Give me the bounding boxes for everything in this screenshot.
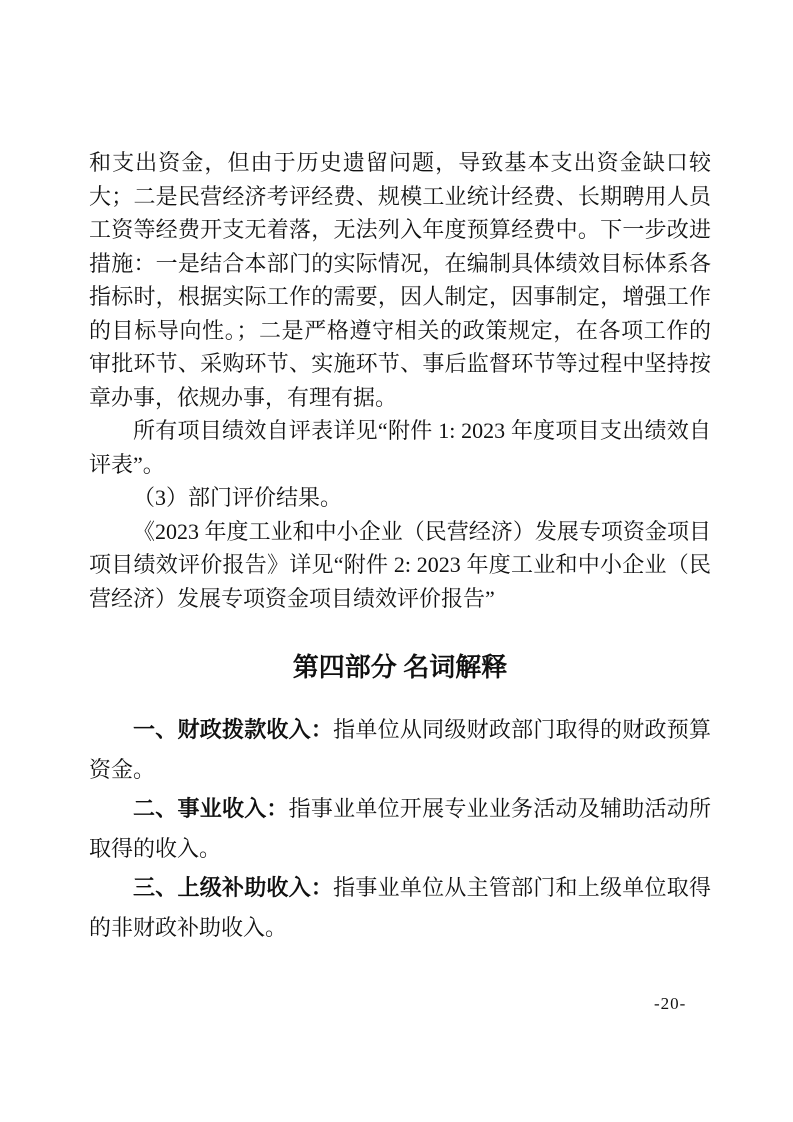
- document-page: 和支出资金，但由于历史遗留问题，导致基本支出资金缺口较大；二是民营经济考评经费、…: [0, 0, 793, 1122]
- definitions-list: 一、财政拨款收入：指单位从同级财政部门取得的财政预算资金。 二、事业收入：指事业…: [89, 710, 711, 947]
- page-content: 和支出资金，但由于历史遗留问题，导致基本支出资金缺口较大；二是民营经济考评经费、…: [89, 146, 711, 947]
- paragraph-self-eval-note: 所有项目绩效自评表详见“附件 1: 2023 年度项目支出绩效自评表”。: [89, 414, 711, 481]
- section-heading: 第四部分 名词解释: [89, 650, 711, 686]
- definition-term: 三、上级补助收入：: [133, 875, 333, 900]
- definition-term: 二、事业收入：: [133, 796, 289, 821]
- definition-item: 一、财政拨款收入：指单位从同级财政部门取得的财政预算资金。: [89, 710, 711, 789]
- paragraph-continuation: 和支出资金，但由于历史遗留问题，导致基本支出资金缺口较大；二是民营经济考评经费、…: [89, 146, 711, 414]
- paragraph-dept-eval-result: （3）部门评价结果。: [89, 481, 711, 515]
- page-number: -20-: [654, 994, 686, 1014]
- paragraph-eval-report-note: 《2023 年度工业和中小企业（民营经济）发展专项资金项目项目绩效评价报告》详见…: [89, 515, 711, 616]
- definition-term: 一、财政拨款收入：: [133, 717, 333, 742]
- definition-item: 三、上级补助收入：指事业单位从主管部门和上级单位取得的非财政补助收入。: [89, 868, 711, 947]
- definition-item: 二、事业收入：指事业单位开展专业业务活动及辅助活动所取得的收入。: [89, 789, 711, 868]
